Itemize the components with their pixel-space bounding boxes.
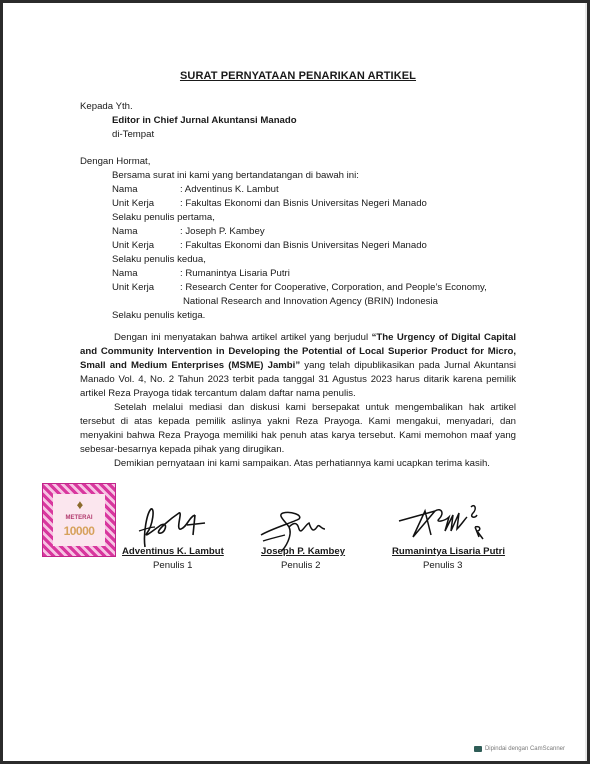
signature-1-name: Adventinus K. Lambut <box>122 546 224 557</box>
meterai-stamp: ♦ METERAI 10000 <box>42 483 116 557</box>
name-label: Nama <box>112 226 180 238</box>
author-2-role: Selaku penulis kedua, <box>112 254 206 266</box>
author-2-name-row: Nama: Joseph P. Kambey <box>112 226 265 238</box>
name-label: Nama <box>112 268 180 280</box>
paragraph-closing: Demikian pernyataan ini kami sampaikan. … <box>80 457 516 471</box>
document-page: SURAT PERNYATAAN PENARIKAN ARTIKEL Kepad… <box>3 3 587 761</box>
stamp-label: METERAI <box>53 515 105 521</box>
paragraph-1-before: Dengan ini menyatakan bahwa artikel arti… <box>114 332 372 343</box>
signature-2-name: Joseph P. Kambey <box>261 546 345 557</box>
author-1-role: Selaku penulis pertama, <box>112 212 215 224</box>
author-2-name: : Joseph P. Kambey <box>180 226 265 237</box>
paragraph-3-text: Demikian pernyataan ini kami sampaikan. … <box>114 458 490 469</box>
garuda-emblem-icon: ♦ <box>72 498 88 512</box>
author-1-unit: : Fakultas Ekonomi dan Bisnis Universita… <box>180 198 427 209</box>
unit-label: Unit Kerja <box>112 240 180 252</box>
author-3-name-row: Nama: Rumanintya Lisaria Putri <box>112 268 290 280</box>
stamp-center: ♦ METERAI 10000 <box>53 494 105 546</box>
author-3-unit-row: Unit Kerja: Research Center for Cooperat… <box>112 282 487 294</box>
author-3-role: Selaku penulis ketiga. <box>112 310 205 322</box>
author-3-name: : Rumanintya Lisaria Putri <box>180 268 290 279</box>
intro-line: Bersama surat ini kami yang bertandatang… <box>112 170 359 182</box>
camscanner-icon <box>474 746 482 752</box>
signature-1-role: Penulis 1 <box>153 560 192 571</box>
paragraph-mediation: Setelah melalui mediasi dan diskusi kami… <box>80 401 516 457</box>
stamp-value: 10000 <box>53 524 105 538</box>
unit-label: Unit Kerja <box>112 198 180 210</box>
greeting: Dengan Hormat, <box>80 156 150 168</box>
author-3-unit-continued: National Research and Innovation Agency … <box>183 296 438 308</box>
addressee: Editor in Chief Jurnal Akuntansi Manado <box>112 115 297 127</box>
salutation: Kepada Yth. <box>80 101 133 113</box>
document-title: SURAT PERNYATAAN PENARIKAN ARTIKEL <box>3 70 590 82</box>
author-2-unit-row: Unit Kerja: Fakultas Ekonomi dan Bisnis … <box>112 240 427 252</box>
signature-3-role: Penulis 3 <box>423 560 462 571</box>
author-1-name: : Adventinus K. Lambut <box>180 184 279 195</box>
watermark-text: Dipindai dengan CamScanner <box>485 746 565 752</box>
name-label: Nama <box>112 184 180 196</box>
scanner-watermark: Dipindai dengan CamScanner <box>474 746 565 752</box>
author-2-unit: : Fakultas Ekonomi dan Bisnis Universita… <box>180 240 427 251</box>
signature-3-scribble <box>395 501 495 545</box>
paragraph-2-text: Setelah melalui mediasi dan diskusi kami… <box>80 402 516 455</box>
author-3-unit: : Research Center for Cooperative, Corpo… <box>180 282 487 293</box>
unit-label: Unit Kerja <box>112 282 180 294</box>
signature-2-role: Penulis 2 <box>281 560 320 571</box>
author-1-name-row: Nama: Adventinus K. Lambut <box>112 184 279 196</box>
paragraph-retraction: Dengan ini menyatakan bahwa artikel arti… <box>80 331 516 401</box>
addressee-place: di-Tempat <box>112 129 154 141</box>
author-1-unit-row: Unit Kerja: Fakultas Ekonomi dan Bisnis … <box>112 198 427 210</box>
signature-3-name: Rumanintya Lisaria Putri <box>392 546 505 557</box>
